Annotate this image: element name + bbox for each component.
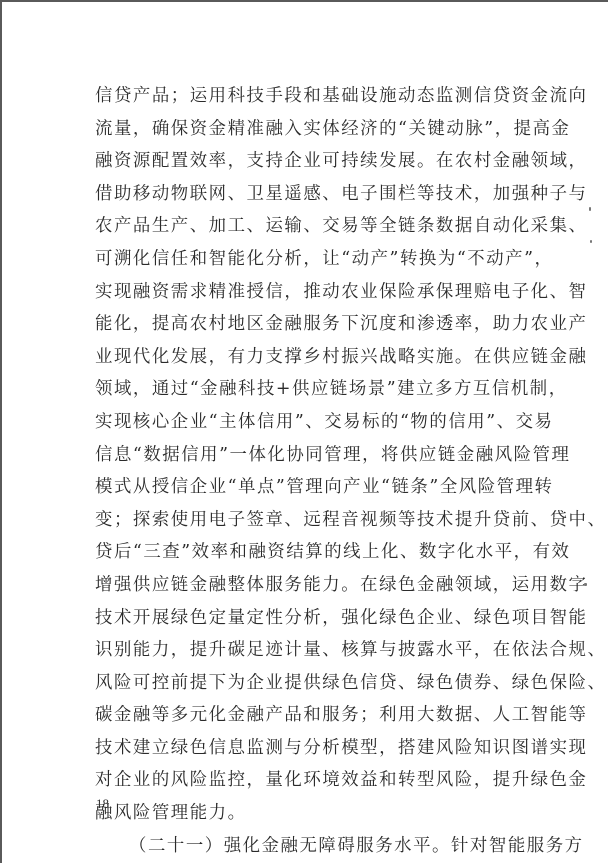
text-line: 信贷产品；运用科技手段和基础设施动态监测信贷资金流向	[95, 80, 525, 113]
text-line: 流量，确保资金精准融入实体经济的“关键动脉”，提高金	[95, 113, 525, 146]
scan-speck	[584, 583, 587, 586]
text-line: 借助移动物联网、卫星遥感、电子围栏等技术，加强种子与	[95, 178, 525, 211]
scan-speck	[590, 240, 592, 243]
text-line: 实现融资需求精准授信，推动农业保险承保理赔电子化、智	[95, 276, 525, 309]
text-line: 领域，通过“金融科技+供应链场景”建立多方互信机制，	[95, 373, 525, 406]
text-line: 技术开展绿色定量定性分析，强化绿色企业、绿色项目智能	[95, 602, 525, 635]
text-line: 技术建立绿色信息监测与分析模型，搭建风险知识图谱实现	[95, 732, 525, 765]
page-number: 18	[96, 796, 109, 812]
text-line: 可溯化信任和智能化分析，让“动产”转换为“不动产”，	[95, 243, 525, 276]
text-line: 农产品生产、加工、运输、交易等全链条数据自动化采集、	[95, 210, 525, 243]
scan-speck	[589, 207, 591, 211]
text-line: 融资源配置效率，支持企业可持续发展。在农村金融领域，	[95, 145, 525, 178]
text-line: 融风险管理能力。	[95, 797, 525, 830]
document-body: 信贷产品；运用科技手段和基础设施动态监测信贷资金流向 流量，确保资金精准融入实体…	[95, 80, 525, 862]
text-line: 风险可控前提下为企业提供绿色信贷、绿色债券、绿色保险、	[95, 667, 525, 700]
text-line: 能化，提高农村地区金融服务下沉度和渗透率，助力农业产	[95, 308, 525, 341]
text-line: 信息“数据信用”一体化协同管理，将供应链金融风险管理	[95, 439, 525, 472]
text-line: 贷后“三查”效率和融资结算的线上化、数字化水平，有效	[95, 536, 525, 569]
text-line: 识别能力，提升碳足迹计量、核算与披露水平，在依法合规、	[95, 634, 525, 667]
text-line: 对企业的风险监控，量化环境效益和转型风险，提升绿色金	[95, 764, 525, 797]
text-line: 增强供应链金融整体服务能力。在绿色金融领域，运用数字	[95, 569, 525, 602]
section-heading-line: （二十一）强化金融无障碍服务水平。针对智能服务方	[95, 830, 525, 863]
text-line: 碳金融等多元化金融产品和服务；利用大数据、人工智能等	[95, 699, 525, 732]
text-line: 模式从授信企业“单点”管理向产业“链条”全风险管理转	[95, 471, 525, 504]
text-line: 变；探索使用电子签章、远程音视频等技术提升贷前、贷中、	[95, 504, 525, 537]
text-line: 业现代化发展，有力支撑乡村振兴战略实施。在供应链金融	[95, 341, 525, 374]
text-line: 实现核心企业“主体信用”、交易标的“物的信用”、交易	[95, 406, 525, 439]
